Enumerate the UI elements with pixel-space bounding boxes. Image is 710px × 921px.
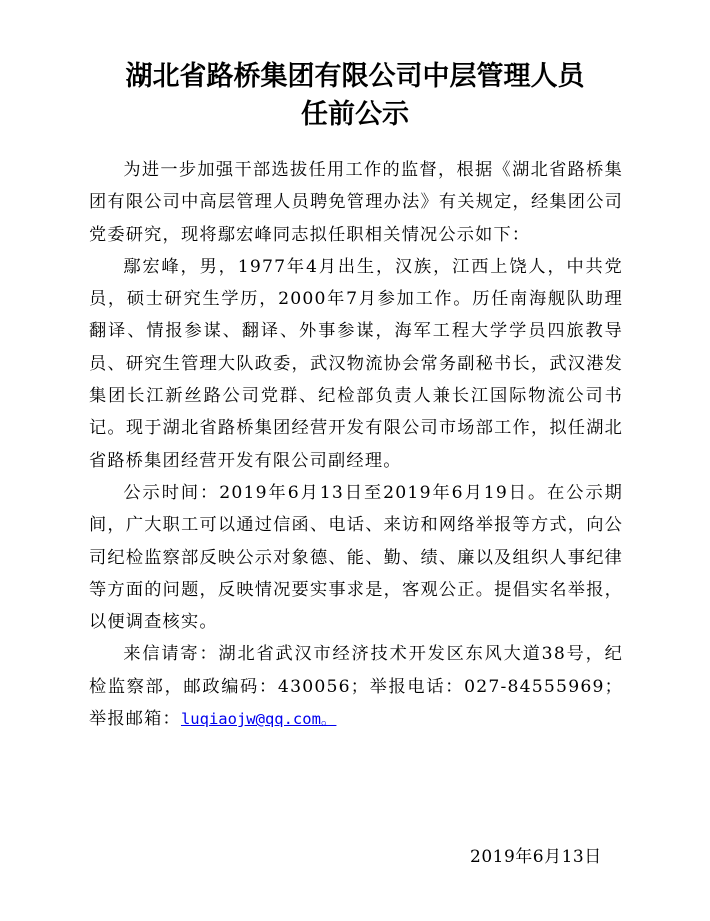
document-body: 为进一步加强干部选拔任用工作的监督，根据《湖北省路桥集团有限公司中高层管理人员聘… (89, 154, 623, 735)
paragraph-publicity-period: 公示时间：2019年6月13日至2019年6月19日。在公示期间，广大职工可以通… (89, 477, 623, 638)
document-date: 2019年6月13日 (470, 842, 602, 867)
document-title-line2: 任前公示 (0, 92, 710, 131)
paragraph-contact: 来信请寄：湖北省武汉市经济技术开发区东风大道38号，纪检监察部，邮政编码：430… (89, 638, 623, 735)
document-title-line1: 湖北省路桥集团有限公司中层管理人员 (0, 54, 710, 93)
paragraph-candidate-profile: 鄢宏峰，男，1977年4月出生，汉族，江西上饶人，中共党员，硕士研究生学历，20… (89, 251, 623, 477)
contact-text: 来信请寄：湖北省武汉市经济技术开发区东风大道38号，纪检监察部，邮政编码：430… (89, 644, 623, 729)
paragraph-intro: 为进一步加强干部选拔任用工作的监督，根据《湖北省路桥集团有限公司中高层管理人员聘… (89, 154, 623, 251)
email-link[interactable]: luqiaojw@qq.com。 (181, 710, 336, 728)
